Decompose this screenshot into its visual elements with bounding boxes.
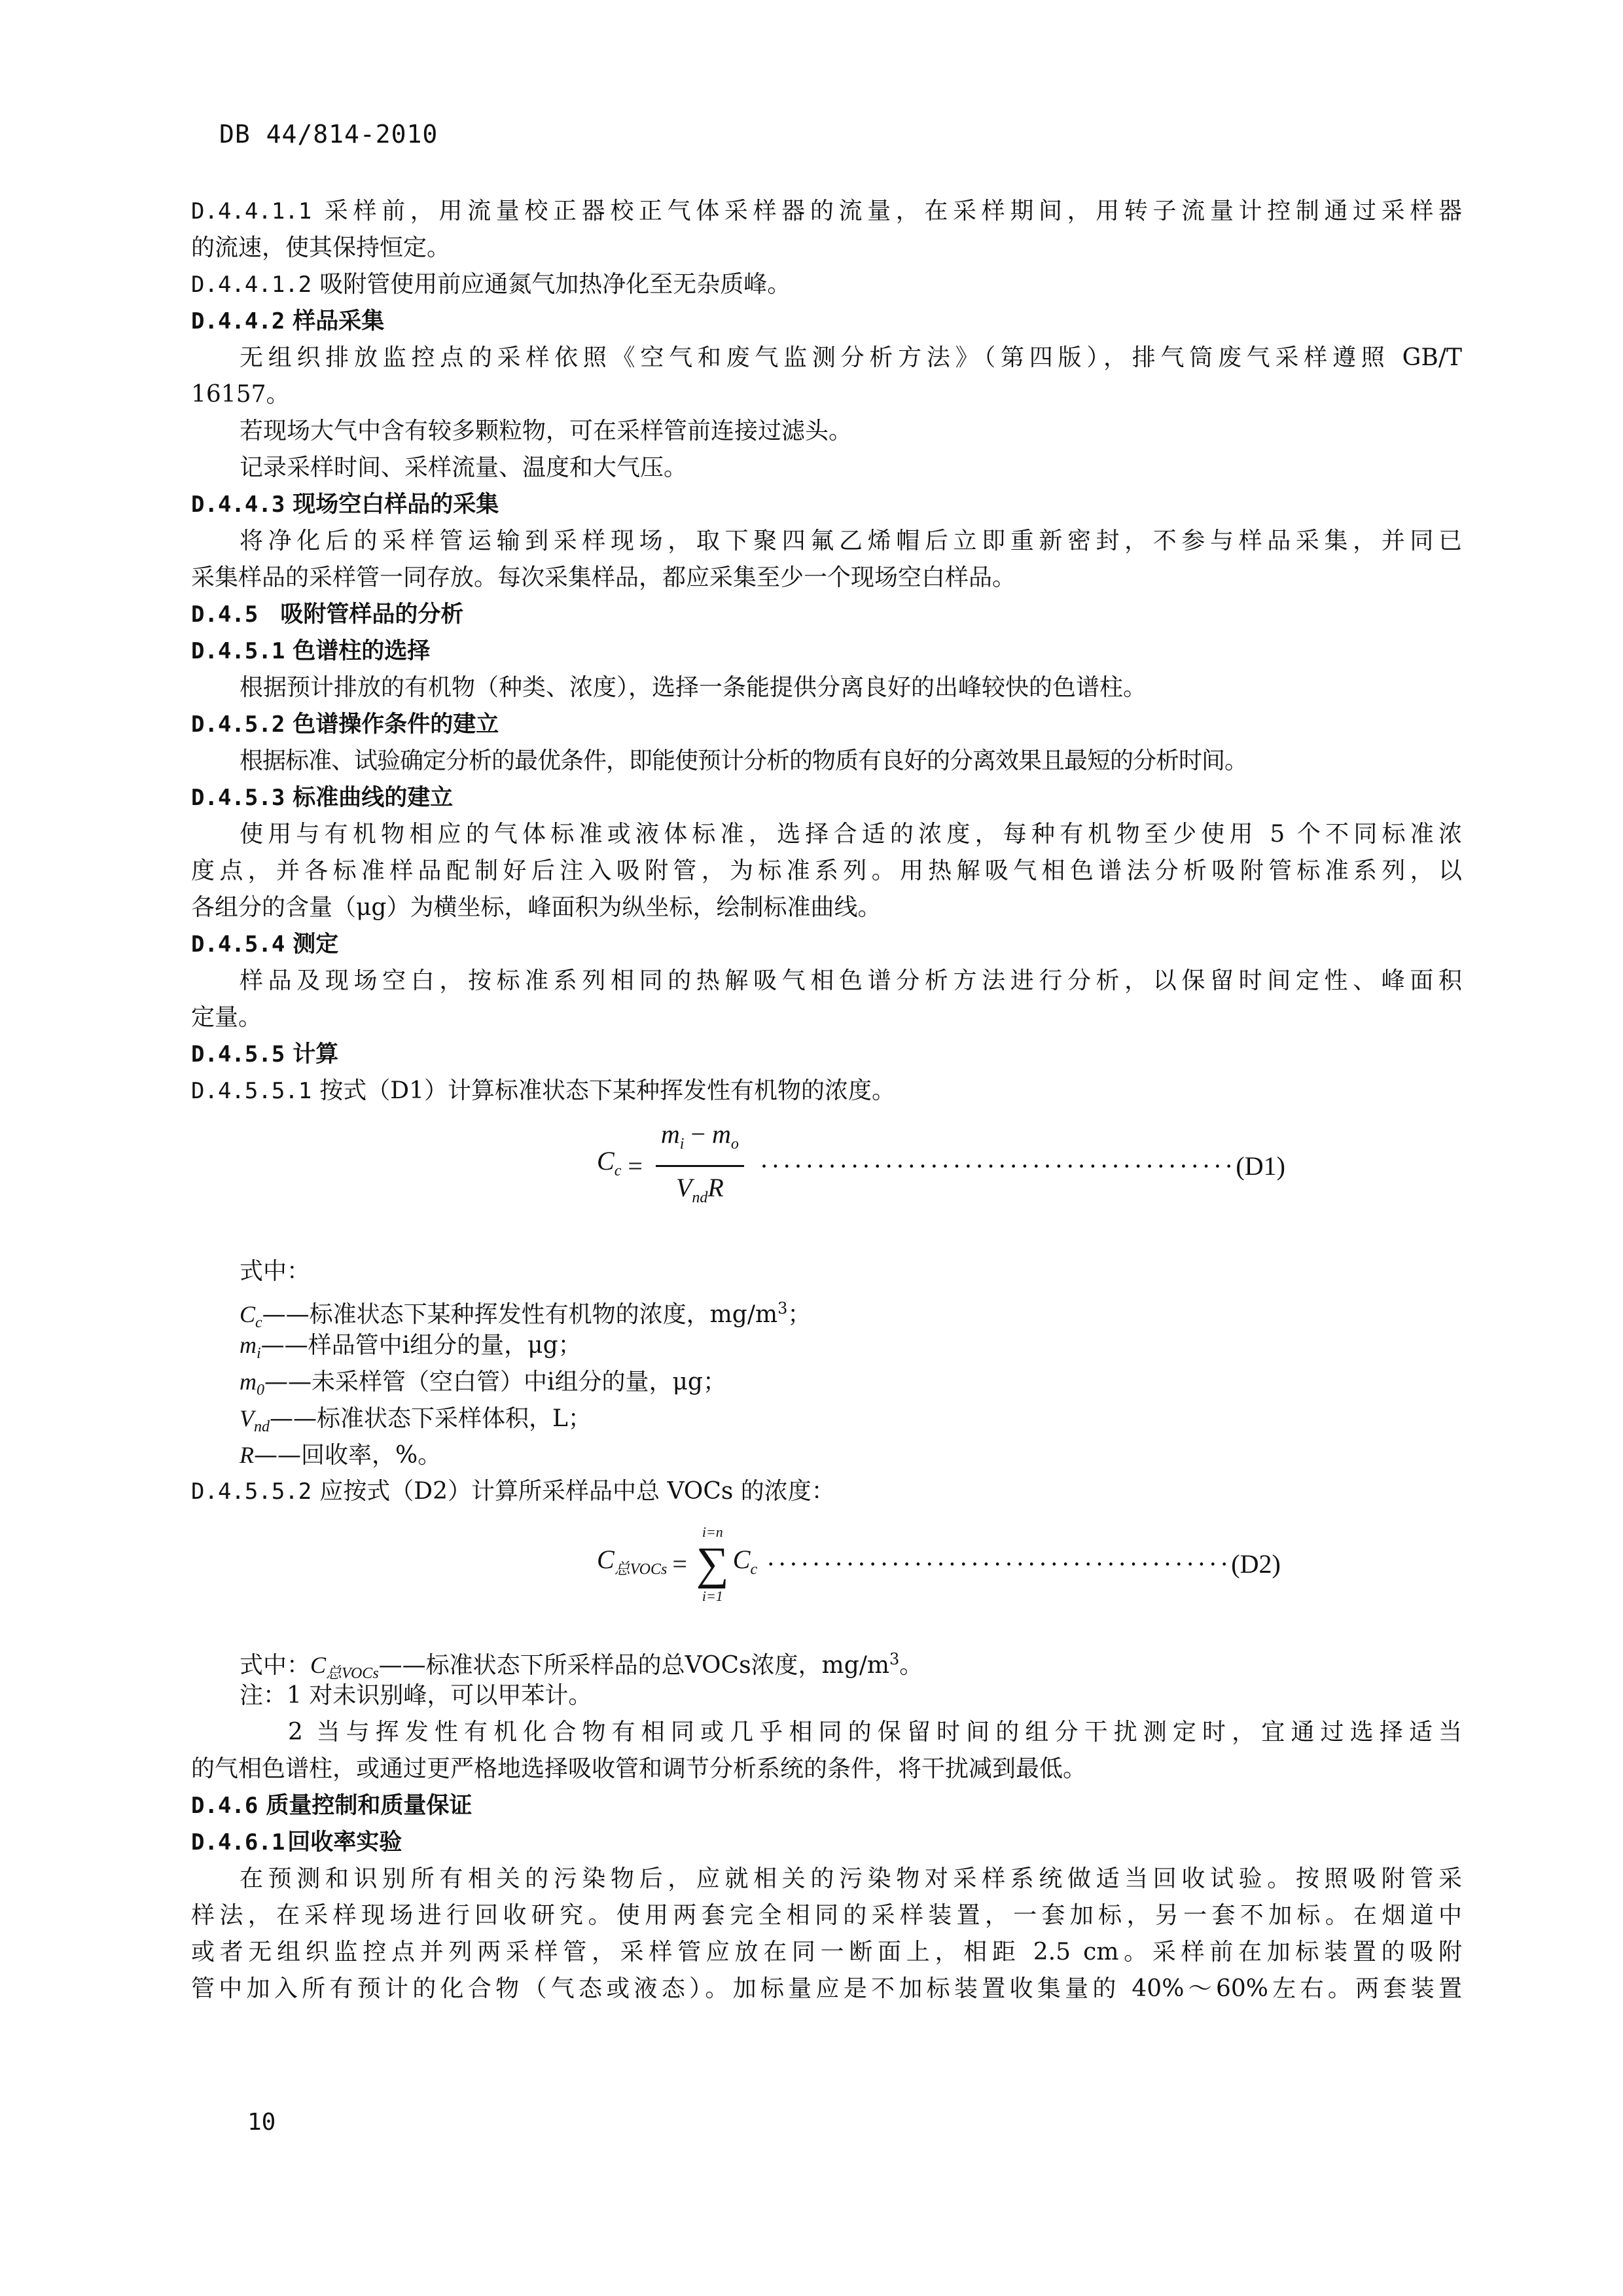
heading-number: D.4.6.1 (191, 1829, 285, 1856)
heading-number: D.4.5.3 (191, 785, 285, 811)
paragraph: 在预测和识别所有相关的污染物后，应就相关的污染物对采样系统做适当回收试验。按照吸… (191, 1861, 1462, 1897)
where-item-vnd: Vnd——标准状态下采样体积，L； (191, 1400, 1462, 1437)
paragraph: 样品及现场空白，按标准系列相同的热解吸气相色谱分析方法进行分析，以保留时间定性、… (191, 963, 1462, 999)
heading-title: 现场空白样品的采集 (293, 492, 499, 518)
heading-d454: D.4.5.4测定 (191, 926, 1462, 963)
heading-d45: D.4.5吸附管样品的分析 (191, 596, 1462, 633)
paragraph-cont: 管中加入所有预计的化合物（气态或液态）。加标量应是不加标装置收集量的 40%～6… (191, 1971, 1462, 2007)
where-item-ctotal: 式中：C总VOCs——标准状态下所采样品的总VOCs浓度，mg/m3。 (191, 1641, 1462, 1677)
heading-title: 吸附管样品的分析 (280, 601, 463, 628)
heading-d451: D.4.5.1色谱柱的选择 (191, 633, 1462, 670)
paragraph: 记录采样时间、采样流量、温度和大气压。 (191, 450, 1462, 486)
formula-lhs: Cc (597, 1143, 621, 1189)
where-item-cc: Cc——标准状态下某种挥发性有机物的浓度，mg/m3； (191, 1290, 1462, 1327)
heading-d455: D.4.5.5计算 (191, 1036, 1462, 1073)
sigma-symbol: ∑ (696, 1541, 729, 1587)
heading-number: D.4.4.3 (191, 492, 285, 518)
denominator: VndR (676, 1167, 724, 1216)
paragraph-cont: 采集样品的采样管一同存放。每次采集样品，都应采集至少一个现场空白样品。 (191, 560, 1462, 596)
note-1: 注：1 对未识别峰，可以甲苯计。 (191, 1677, 1462, 1714)
clause-d4551: D.4.5.5.1按式（D1）计算标准状态下某种挥发性有机物的浓度。 (191, 1073, 1462, 1109)
clause-text-cont: 的流速，使其保持恒定。 (191, 230, 1462, 266)
paragraph: 无组织排放监控点的采样依照《空气和废气监测分析方法》（第四版），排气筒废气采样遵… (191, 340, 1462, 376)
heading-d443: D.4.4.3现场空白样品的采集 (191, 486, 1462, 523)
heading-title: 标准曲线的建立 (293, 785, 453, 811)
heading-title: 色谱柱的选择 (293, 638, 430, 664)
paragraph: 根据标准、试验确定分析的最优条件，即能使预计分析的物质有良好的分离效果且最短的分… (191, 743, 1462, 780)
heading-d453: D.4.5.3标准曲线的建立 (191, 780, 1462, 816)
where-intro: 式中： (191, 1253, 1462, 1290)
heading-d442: D.4.4.2样品采集 (191, 303, 1462, 340)
heading-d461: D.4.6.1回收率实验 (191, 1824, 1462, 1861)
where-item-r: R——回收率，%。 (191, 1437, 1462, 1473)
formula-d2: C总VOCs = i=n ∑ i=1 Cc ··················… (191, 1510, 1462, 1641)
paragraph-cont: 各组分的含量（μg）为横坐标，峰面积为纵坐标，绘制标准曲线。 (191, 889, 1462, 926)
equals-sign: = (672, 1546, 687, 1583)
heading-title: 计算 (293, 1041, 338, 1067)
heading-number: D.4.4.2 (191, 308, 285, 334)
clause-number: D.4.5.5.2 (191, 1479, 312, 1505)
heading-title: 测定 (293, 931, 338, 958)
clause-d4552: D.4.5.5.2应按式（D2）计算所采样品中总 VOCs 的浓度： (191, 1473, 1462, 1510)
clause-text: 应按式（D2）计算所采样品中总 VOCs 的浓度： (319, 1478, 835, 1505)
summand: Cc (733, 1541, 757, 1588)
page-number: 10 (247, 2109, 276, 2136)
formula-lhs: C总VOCs (597, 1541, 667, 1588)
paragraph: 若现场大气中含有较多颗粒物，可在采样管前连接过滤头。 (191, 413, 1462, 450)
paragraph-cont: 16157。 (191, 376, 1462, 413)
document-page: DB 44/814-2010 D.4.4.1.1采样前，用流量校正器校正气体采样… (0, 0, 1623, 2296)
heading-number: D.4.5.1 (191, 638, 285, 664)
leader-dots: ········································… (760, 1148, 1236, 1185)
paragraph-cont: 或者无组织监控点并列两采样管，采样管应放在同一断面上，相距 2.5 cm。采样前… (191, 1934, 1462, 1971)
where-item-m0: m0——未采样管（空白管）中i组分的量，μg； (191, 1363, 1462, 1400)
where-item-mi: mi——样品管中i组分的量，μg； (191, 1327, 1462, 1363)
heading-title: 回收率实验 (287, 1829, 402, 1856)
clause-text: 吸附管使用前应通氮气加热净化至无杂质峰。 (319, 271, 791, 298)
lower-limit: i=1 (702, 1587, 723, 1605)
heading-title: 质量控制和质量保证 (266, 1793, 472, 1819)
leader-dots: ········································… (766, 1546, 1231, 1583)
heading-number: D.4.5 (191, 601, 258, 628)
heading-number: D.4.5.2 (191, 711, 285, 738)
paragraph: 使用与有机物相应的气体标准或液体标准，选择合适的浓度，每种有机物至少使用 5 个… (191, 816, 1462, 853)
clause-text: 按式（D1）计算标准状态下某种挥发性有机物的浓度。 (319, 1077, 895, 1104)
document-code-header: DB 44/814-2010 (219, 120, 438, 149)
heading-title: 样品采集 (293, 308, 384, 334)
heading-title: 色谱操作条件的建立 (293, 711, 499, 738)
note-2: 2 当与挥发性有机化合物有相同或几乎相同的保留时间的组分干扰测定时，宜通过选择适… (191, 1714, 1462, 1751)
note-2-cont: 的气相色谱柱，或通过更严格地选择吸收管和调节分析系统的条件，将干扰减到最低。 (191, 1751, 1462, 1787)
heading-d46: D.4.6质量控制和质量保证 (191, 1787, 1462, 1824)
summation: i=n ∑ i=1 (696, 1523, 729, 1605)
document-body: D.4.4.1.1采样前，用流量校正器校正气体采样器的流量，在采样期间，用转子流… (191, 193, 1462, 2007)
formula-label: (D2) (1231, 1546, 1281, 1583)
clause-d4411: D.4.4.1.1采样前，用流量校正器校正气体采样器的流量，在采样期间，用转子流… (191, 193, 1462, 230)
paragraph-cont: 样法，在采样现场进行回收研究。使用两套完全相同的采样装置，一套加标，另一套不加标… (191, 1897, 1462, 1934)
heading-number: D.4.5.5 (191, 1041, 285, 1067)
clause-text: 采样前，用流量校正器校正气体采样器的流量，在采样期间，用转子流量计控制通过采样器 (319, 198, 1462, 224)
paragraph-cont: 度点，并各标准样品配制好后注入吸附管，为标准系列。用热解吸气相色谱法分析吸附管标… (191, 853, 1462, 889)
clause-d4412: D.4.4.1.2吸附管使用前应通氮气加热净化至无杂质峰。 (191, 266, 1462, 303)
paragraph: 将净化后的采样管运输到采样现场，取下聚四氟乙烯帽后立即重新密封，不参与样品采集，… (191, 523, 1462, 560)
numerator: mi − mo (656, 1116, 744, 1167)
fraction: mi − mo VndR (656, 1116, 744, 1216)
clause-number: D.4.5.5.1 (191, 1078, 312, 1104)
heading-d452: D.4.5.2色谱操作条件的建立 (191, 706, 1462, 743)
heading-number: D.4.5.4 (191, 931, 285, 958)
paragraph-cont: 定量。 (191, 999, 1462, 1036)
heading-number: D.4.6 (191, 1793, 258, 1819)
formula-d1: Cc = mi − mo VndR ······················… (191, 1109, 1462, 1221)
clause-number: D.4.4.1.1 (191, 198, 312, 224)
clause-number: D.4.4.1.2 (191, 272, 312, 298)
paragraph: 根据预计排放的有机物（种类、浓度），选择一条能提供分离良好的出峰较快的色谱柱。 (191, 670, 1462, 706)
equals-sign: = (628, 1148, 643, 1185)
formula-label: (D1) (1236, 1148, 1285, 1185)
